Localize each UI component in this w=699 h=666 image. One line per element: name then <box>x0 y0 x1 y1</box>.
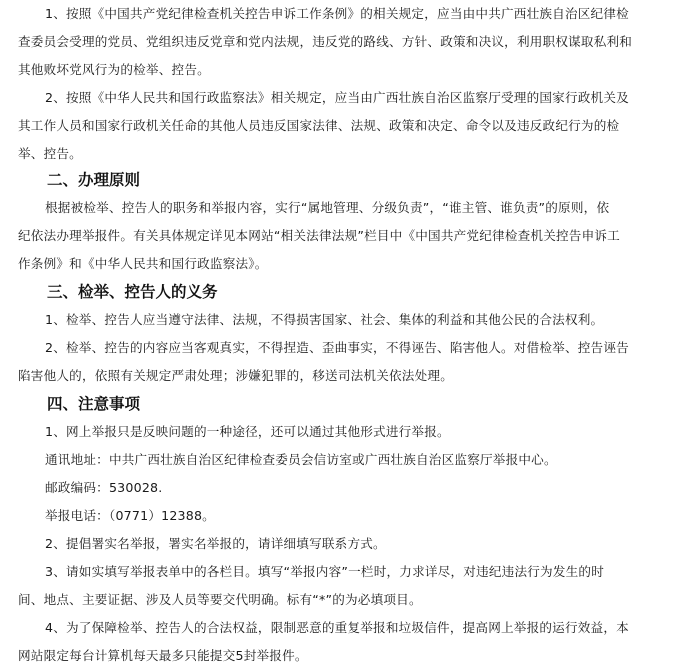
paragraph-line: 1、检举、控告人应当遵守法律、法规，不得损害国家、社会、集体的利益和其他公民的合… <box>45 306 603 334</box>
section-heading: 三、检举、控告人的义务 <box>47 278 218 306</box>
paragraph-line: 1、网上举报只是反映问题的一种途径，还可以通过其他形式进行举报。 <box>45 418 450 446</box>
paragraph-line: 4、为了保障检举、控告人的合法权益，限制恶意的重复举报和垃圾信件，提高网上举报的… <box>45 614 629 642</box>
paragraph-line: 纪依法办理举报件。有关具体规定详见本网站“相关法律法规”栏目中《中国共产党纪律检… <box>18 222 620 250</box>
paragraph-line: 陷害他人的，依照有关规定严肃处理；涉嫌犯罪的，移送司法机关依法处理。 <box>18 362 453 390</box>
contact-postcode: 邮政编码：530028. <box>45 474 162 502</box>
paragraph-line: 1、按照《中国共产党纪律检查机关控告申诉工作条例》的相关规定，应当由中共广西壮族… <box>45 0 629 28</box>
contact-address: 通讯地址：中共广西壮族自治区纪律检查委员会信访室或广西壮族自治区监察厅举报中心。 <box>45 446 557 474</box>
paragraph-line: 举、控告。 <box>18 140 82 168</box>
section-heading: 四、注意事项 <box>47 390 140 418</box>
paragraph-line: 其工作人员和国家行政机关任命的其他人员违反国家法律、法规、政策和决定、命令以及违… <box>18 112 619 140</box>
paragraph-line: 其他败坏党风行为的检举、控告。 <box>18 56 210 84</box>
section-heading: 二、办理原则 <box>47 166 140 194</box>
paragraph-line: 查委员会受理的党员、党组织违反党章和党内法规，违反党的路线、方针、政策和决议，利… <box>18 28 632 56</box>
paragraph-line: 作条例》和《中华人民共和国行政监察法》。 <box>18 250 268 278</box>
paragraph-line: 2、检举、控告的内容应当客观真实，不得捏造、歪曲事实，不得诬告、陷害他人。对借检… <box>45 334 629 362</box>
paragraph-line: 2、按照《中华人民共和国行政监察法》相关规定，应当由广西壮族自治区监察厅受理的国… <box>45 84 629 112</box>
paragraph-line: 网站限定每台计算机每天最多只能提交5封举报件。 <box>18 642 308 666</box>
paragraph-line: 根据被检举、控告人的职务和举报内容，实行“属地管理、分级负责”，“谁主管、谁负责… <box>45 194 609 222</box>
paragraph-line: 2、提倡署实名举报，署实名举报的，请详细填写联系方式。 <box>45 530 386 558</box>
paragraph-line: 3、请如实填写举报表单中的各栏目。填写“举报内容”一栏时，力求详尽，对违纪违法行… <box>45 558 604 586</box>
contact-phone: 举报电话：（0771）12388。 <box>45 502 215 530</box>
paragraph-line: 间、地点、主要证据、涉及人员等要交代明确。标有“*”的为必填项目。 <box>18 586 422 614</box>
